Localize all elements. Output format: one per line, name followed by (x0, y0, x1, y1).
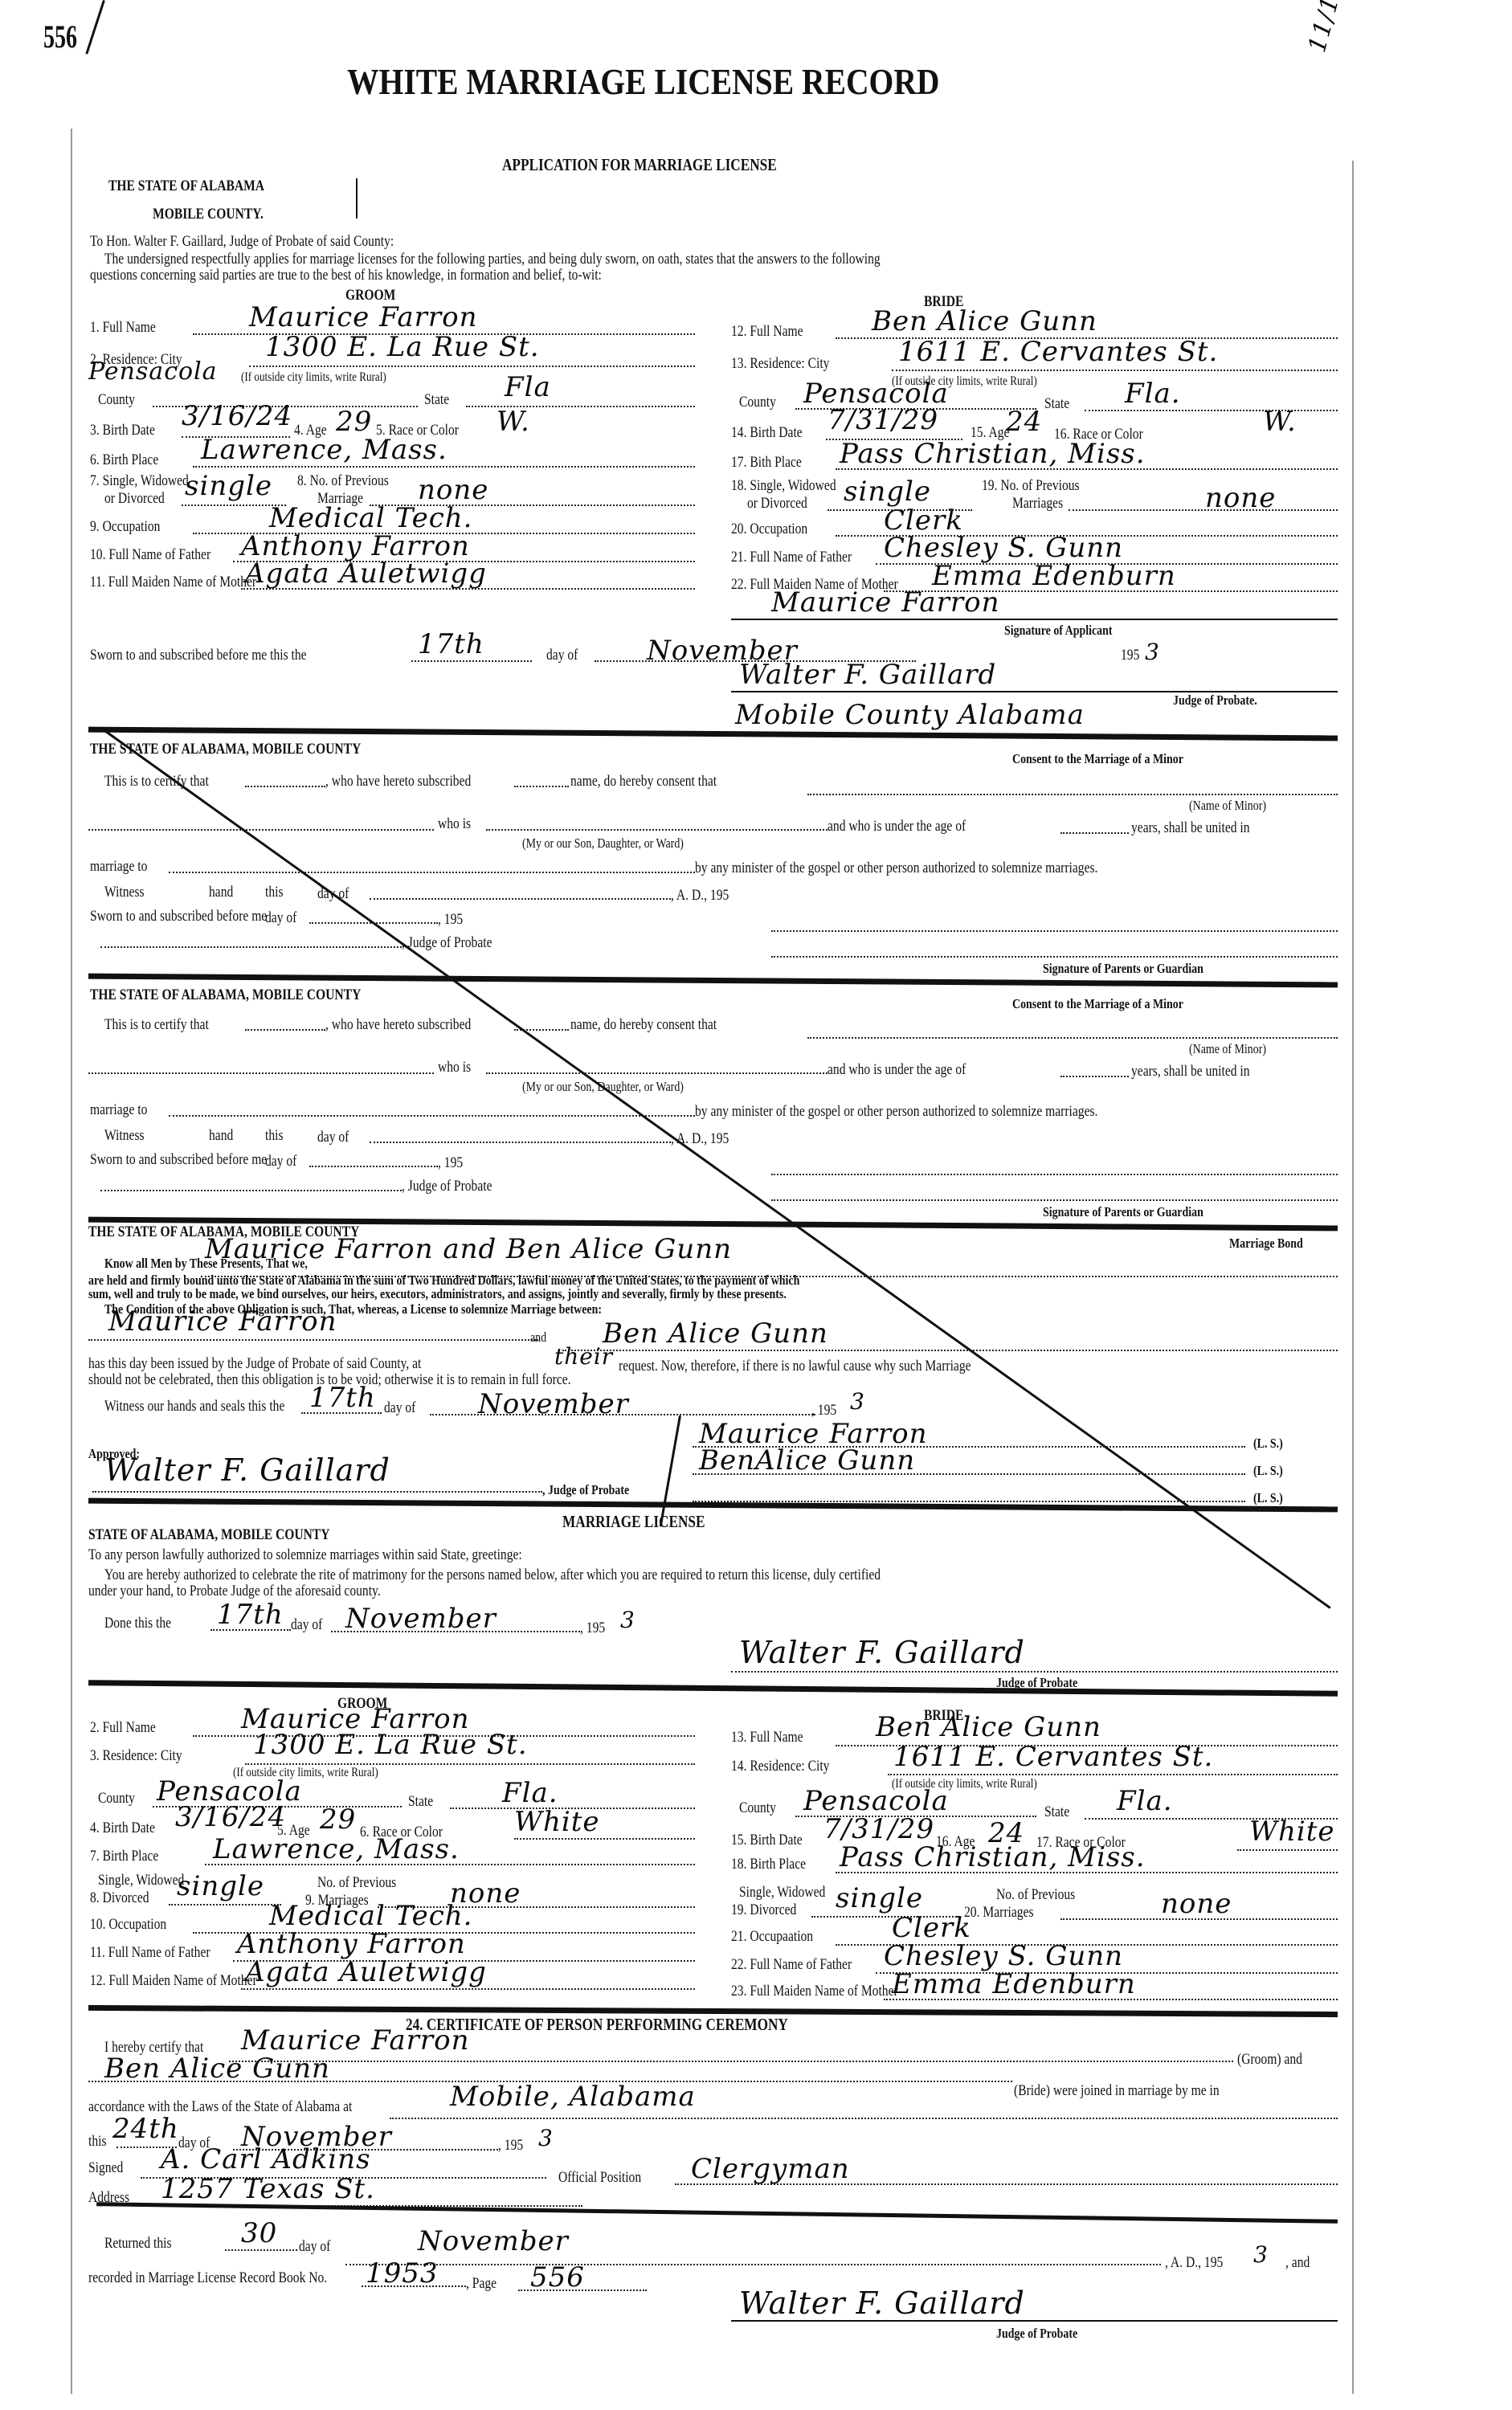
year-prefix: , 195 (811, 1402, 836, 1419)
blank-line[interactable] (88, 1072, 434, 1074)
field-label: 4. Birth Date (90, 1820, 155, 1837)
returned-label: Returned this (104, 2235, 172, 2253)
bride-marital-status[interactable]: single (844, 476, 931, 508)
marriage-to-line[interactable] (169, 872, 695, 873)
field-label: 3. Residence: City (90, 1747, 182, 1765)
field-label: No. of Previous (317, 1874, 396, 1892)
judge-line (731, 1671, 1338, 1673)
consent-text: This is to certify that (104, 1016, 209, 1034)
seal-label: (L. S.) (1253, 1490, 1283, 1506)
residence-line (888, 1774, 1338, 1775)
returned-day-line (225, 2249, 297, 2251)
this-label: this (88, 2133, 107, 2151)
page-number-stamp: 556 (43, 18, 77, 55)
minor-name-line[interactable] (807, 1037, 1338, 1039)
page-left-border (71, 129, 72, 2394)
groom-line (229, 2061, 1233, 2062)
groom-residence[interactable]: 1300 E. La Rue St. (253, 1729, 528, 1761)
bride-full-name[interactable]: Ben Alice Gunn (876, 1711, 1101, 1743)
consent-text: Sworn to and subscribed before me (90, 908, 267, 925)
consent-text: hand (209, 884, 233, 901)
bride-race[interactable]: White (1249, 1816, 1335, 1848)
day-of-label: day of (384, 1399, 415, 1417)
consent-text: who is (438, 1059, 471, 1076)
license-title: MARRIAGE LICENSE (562, 1512, 705, 1532)
consent-text: and who is under the age of (828, 818, 966, 835)
field-label: State (408, 1793, 433, 1811)
bride-birth-date[interactable]: 7/31/29 (828, 404, 938, 436)
judge-signature[interactable]: Walter F. Gaillard (739, 659, 996, 691)
returned-year[interactable]: 3 (1253, 2241, 1269, 2268)
minor-name-line[interactable] (807, 794, 1338, 795)
parent-signature-line[interactable] (771, 1199, 1338, 1201)
judge-line (92, 1491, 542, 1493)
field-label: 8. Divorced (90, 1889, 149, 1907)
license-text: You are hereby authorized to celebrate t… (104, 1566, 881, 1584)
consent-text: who is (438, 815, 471, 833)
bond-month[interactable]: November (478, 1388, 629, 1420)
section-divider (88, 1680, 1338, 1697)
field-label: Marriages (1012, 495, 1063, 513)
blank-line[interactable] (514, 786, 569, 787)
consent-text: and who is under the age of (828, 1061, 966, 1079)
seal-label: (L. S.) (1253, 1463, 1283, 1479)
bride-residence[interactable]: 1611 E. Cervantes St. (893, 1741, 1213, 1773)
bride-race[interactable]: W. (1263, 406, 1297, 438)
consent-text: by any minister of the gospel or other p… (695, 860, 1097, 877)
field-label: 15. Birth Date (731, 1832, 803, 1849)
license-text: To any person lawfully authorized to sol… (88, 1546, 522, 1564)
field-label: or Divorced (747, 495, 807, 513)
consent-title: Consent to the Marriage of a Minor (1012, 751, 1183, 767)
done-label: Done this the (104, 1615, 171, 1632)
age-line[interactable] (1060, 1076, 1129, 1077)
race-line (514, 1838, 695, 1840)
groom-line (88, 1339, 538, 1341)
field-label: 7. Single, Widowed (90, 472, 189, 490)
ad-label: , A. D., 195 (1165, 2254, 1223, 2272)
groom-marital-status[interactable]: single (177, 1870, 264, 1902)
consent-text: years, shall be united in (1131, 1063, 1250, 1080)
field-label: 17. Bith Place (731, 454, 802, 472)
relation-label: (My or our Son, Daughter, or Ward) (522, 835, 684, 852)
ceremony-day[interactable]: 24th (112, 2113, 179, 2145)
page-title: WHITE MARRIAGE LICENSE RECORD (347, 60, 939, 103)
bride-prev-marriages[interactable]: none (1161, 1888, 1232, 1920)
groom-label: (Groom) and (1237, 2051, 1302, 2069)
field-label: 7. Birth Place (90, 1848, 158, 1865)
sworn-year[interactable]: 3 (1145, 639, 1160, 665)
race-line (1237, 1849, 1338, 1851)
residence-line (245, 1763, 695, 1765)
consent-text: Witness (104, 884, 145, 901)
and-label: and (530, 1330, 546, 1346)
blank-line[interactable] (245, 1029, 325, 1031)
blank-line[interactable] (370, 898, 671, 900)
judge-label: , Judge of Probate (542, 1482, 629, 1498)
consent-text: by any minister of the gospel or other p… (695, 1103, 1097, 1121)
year-prefix: , 195 (498, 2137, 523, 2155)
blank-line[interactable] (88, 829, 434, 831)
groom-residence[interactable]: 1300 E. La Rue St. (265, 331, 540, 363)
field-label: 22. Full Name of Father (731, 1956, 852, 1974)
record-book-number[interactable]: 1953 (366, 2257, 439, 2289)
bride-line (562, 1350, 1338, 1351)
consent-text: marriage to (90, 1101, 147, 1119)
certificate-bride[interactable]: Ben Alice Gunn (104, 2053, 330, 2085)
sworn-label: Sworn to and subscribed before me this t… (90, 647, 307, 664)
request-party[interactable]: their (554, 1343, 613, 1370)
sworn-day-line (411, 660, 532, 662)
blank-line[interactable] (370, 1142, 671, 1143)
bond-groom[interactable]: Maurice Farron (108, 1305, 337, 1338)
license-day[interactable]: 17th (217, 1599, 284, 1631)
consent-text: , who have hereto subscribed (325, 773, 471, 790)
returned-day[interactable]: 30 (241, 2217, 277, 2249)
mother-line (241, 1988, 695, 1990)
signed-label: Signed (88, 2159, 123, 2177)
groom-race[interactable]: White (514, 1806, 600, 1838)
judge-label: , Judge of Probate (402, 934, 492, 952)
ceremony-place[interactable]: Mobile, Alabama (450, 2081, 696, 2113)
groom-birth-place[interactable]: Lawrence, Mass. (201, 434, 447, 466)
sworn-day[interactable]: 17th (418, 628, 484, 660)
license-year[interactable]: 3 (620, 1607, 635, 1633)
consent-text: , A. D., 195 (671, 887, 729, 905)
field-label: 13. Residence: City (731, 355, 829, 373)
state-heading: STATE OF ALABAMA, MOBILE COUNTY (88, 1526, 330, 1544)
field-label: State (1044, 395, 1069, 413)
section-divider (88, 727, 1338, 741)
state-line (1085, 410, 1338, 411)
bride-prev-marriages[interactable]: none (1205, 482, 1276, 514)
state-heading: THE STATE OF ALABAMA, MOBILE COUNTY (90, 986, 361, 1004)
day-of-label: day of (546, 647, 578, 664)
returned-month[interactable]: November (418, 2225, 569, 2257)
field-label: 2. Full Name (90, 1719, 156, 1737)
field-label: 13. Full Name (731, 1729, 803, 1746)
consent-title: Consent to the Marriage of a Minor (1012, 996, 1183, 1012)
groom-age[interactable]: 29 (320, 1803, 356, 1836)
groom-birth-date[interactable]: 3/16/24 (175, 1801, 286, 1833)
place-line (390, 2118, 1338, 2119)
bond-bride[interactable]: Ben Alice Gunn (603, 1317, 828, 1350)
consent-text: Sworn to and subscribed before me (90, 1151, 267, 1169)
groom-mother[interactable]: Agata Auletwigg (245, 1956, 487, 1988)
consent-text: , who have hereto subscribed (325, 1016, 471, 1034)
prev-marriages-line (1069, 509, 1338, 511)
consent-text: day of (317, 1129, 349, 1146)
consent-text: name, do hereby consent that (570, 1016, 717, 1034)
day-of-label: day of (299, 2238, 330, 2256)
ceremony-year[interactable]: 3 (538, 2125, 554, 2151)
officiant-signature[interactable]: A. Carl Adkins (161, 2143, 371, 2175)
bride-birth-place[interactable]: Pass Christian, Miss. (840, 438, 1146, 470)
field-label: 6. Birth Place (90, 451, 158, 469)
rural-note: (If outside city limits, write Rural) (241, 370, 386, 385)
bond-day[interactable]: 17th (309, 1382, 376, 1414)
check-mark-icon (85, 0, 104, 55)
certificate-groom[interactable]: Maurice Farron (241, 2024, 470, 2057)
field-label: 12. Full Name (731, 323, 803, 341)
field-label: County (739, 1799, 776, 1817)
bride-father[interactable]: Chesley S. Gunn (884, 1940, 1123, 1972)
consent-text: day of (265, 909, 296, 927)
judge-line[interactable] (100, 946, 402, 948)
field-label: County (98, 1790, 135, 1807)
consent-text: , 195 (438, 1154, 463, 1172)
bride-marital-status[interactable]: single (836, 1882, 923, 1914)
returned-judge-signature[interactable]: Walter F. Gaillard (739, 2285, 1025, 2321)
groom-state[interactable]: Fla. (502, 1777, 558, 1809)
groom-age[interactable]: 29 (336, 406, 372, 438)
bond-parties[interactable]: Maurice Farron and Ben Alice Gunn (205, 1233, 732, 1265)
field-label: 9. Occupation (90, 518, 160, 536)
consent-text: This is to certify that (104, 773, 209, 790)
residence-line (249, 366, 695, 367)
field-label: No. of Previous (996, 1886, 1075, 1904)
page-label: , Page (466, 2275, 497, 2293)
consent-text: day of (265, 1153, 296, 1170)
field-label: or Divorced (104, 490, 165, 508)
relation-line[interactable] (486, 1072, 828, 1074)
field-label: County (98, 391, 135, 409)
consent-text: this (265, 884, 284, 901)
bride-age[interactable]: 24 (1006, 406, 1042, 438)
groom-father[interactable]: Anthony Farron (237, 1928, 466, 1960)
judge-label: , Judge of Probate (402, 1178, 492, 1195)
consent-text: this (265, 1127, 284, 1145)
consent-text: Witness (104, 1127, 145, 1145)
groom-marital-status[interactable]: single (185, 470, 272, 502)
date-note: 11/17/53 (1303, 0, 1360, 55)
field-label: 14. Residence: City (731, 1758, 829, 1775)
bride-occupation[interactable]: Clerk (892, 1912, 971, 1944)
groom-race[interactable]: W. (497, 406, 530, 438)
field-label: State (424, 391, 449, 409)
applicant-signature[interactable]: Maurice Farron (771, 586, 1000, 619)
consent-text: hand (209, 1127, 233, 1145)
groom-full-name[interactable]: Maurice Farron (249, 301, 478, 333)
page-right-border (1352, 161, 1354, 2394)
bond-year[interactable]: 3 (850, 1388, 865, 1415)
blank-line[interactable] (245, 786, 325, 787)
position-label: Official Position (558, 2169, 641, 2187)
parent-signature-line[interactable] (771, 930, 1338, 932)
minor-label: (Name of Minor) (1189, 1041, 1266, 1057)
groom-mother[interactable]: Agata Auletwigg (245, 558, 487, 590)
marriage-to-line[interactable] (169, 1115, 695, 1117)
groom-city[interactable]: Pensacola (88, 357, 218, 386)
returned-month-line (345, 2264, 1161, 2265)
record-page-number[interactable]: 556 (530, 2261, 585, 2294)
field-label: 20. Marriages (964, 1904, 1034, 1922)
year-prefix: 195 (1121, 647, 1139, 664)
relation-line[interactable] (486, 829, 828, 831)
consent-text: years, shall be united in (1131, 819, 1250, 837)
bride-father[interactable]: Chesley S. Gunn (884, 532, 1123, 564)
birth-place-line (193, 466, 695, 468)
addressee-text: To Hon. Walter F. Gaillard, Judge of Pro… (90, 233, 394, 251)
bride-full-name[interactable]: Ben Alice Gunn (872, 305, 1097, 337)
field-label: 3. Birth Date (90, 422, 155, 439)
state-heading: THE STATE OF ALABAMA (108, 178, 264, 195)
bride-label: (Bride) were joined in marriage by me in (1014, 2082, 1220, 2100)
approving-judge-signature[interactable]: Walter F. Gaillard (104, 1452, 390, 1488)
section-divider (96, 2202, 1338, 2224)
judge-label: Judge of Probate. (1173, 692, 1257, 709)
field-label: 23. Full Maiden Name of Mother (731, 1983, 898, 2000)
field-label: 18. Single, Widowed (731, 477, 836, 495)
bride-birth-date[interactable]: 7/31/29 (823, 1813, 934, 1845)
license-month[interactable]: November (345, 1603, 497, 1635)
license-text: under your hand, to Probate Judge of the… (88, 1583, 381, 1600)
county-heading: MOBILE COUNTY. (153, 206, 264, 223)
field-label: 10. Full Name of Father (90, 546, 210, 564)
seal-label: (L. S.) (1253, 1436, 1283, 1452)
field-label: 10. Occupation (90, 1916, 166, 1934)
field-label: 19. Divorced (731, 1901, 796, 1919)
signature-label: Signature of Parents or Guardian (1043, 961, 1203, 977)
day-of-label: day of (291, 1616, 322, 1634)
marital-line (169, 1904, 281, 1906)
judge-label: Judge of Probate (996, 2326, 1077, 2342)
field-label: 11. Full Maiden Name of Mother (90, 574, 256, 591)
county-note[interactable]: Mobile County Alabama (735, 699, 1085, 731)
bride-state[interactable]: Fla. (1117, 1785, 1173, 1817)
field-label: State (1044, 1803, 1069, 1821)
field-label: 11. Full Name of Father (90, 1944, 210, 1962)
field-label: 8. No. of Previous (297, 472, 389, 490)
bride-county[interactable]: Pensacola (803, 1785, 949, 1817)
field-label: 20. Occupation (731, 521, 807, 538)
groom-birth-date[interactable]: 3/16/24 (182, 400, 292, 432)
officiant-position[interactable]: Clergyman (691, 2153, 850, 2185)
bond-title: Marriage Bond (1229, 1236, 1303, 1252)
intro-text-1: The undersigned respectfully applies for… (104, 251, 881, 268)
bond-text: sum, well and truly to be made, we bind … (88, 1286, 787, 1302)
bride-birth-place[interactable]: Pass Christian, Miss. (840, 1841, 1146, 1873)
blank-line[interactable] (309, 1166, 438, 1167)
signature-label: Signature of Parents or Guardian (1043, 1204, 1203, 1220)
judge-line (731, 2320, 1338, 2322)
field-label: 19. No. of Previous (982, 477, 1080, 495)
consent-text: , A. D., 195 (671, 1130, 729, 1148)
field-label: 12. Full Maiden Name of Mother (90, 1972, 257, 1990)
recorded-label: recorded in Marriage License Record Book… (88, 2269, 327, 2287)
application-title: APPLICATION FOR MARRIAGE LICENSE (502, 155, 777, 175)
bride-bond-signature[interactable]: BenAlice Gunn (699, 1444, 915, 1477)
parent-signature-line[interactable] (771, 956, 1338, 958)
residence-line (892, 370, 1338, 371)
intro-text-2: questions concerning said parties are tr… (90, 267, 602, 284)
bracket (356, 178, 358, 219)
consent-text: , 195 (438, 911, 463, 929)
signature-label: Signature of Applicant (1004, 623, 1113, 639)
field-label: Single, Widowed (98, 1872, 184, 1889)
signature-line (731, 619, 1338, 620)
groom-occupation[interactable]: Medical Tech. (269, 502, 472, 534)
groom-state[interactable]: Fla (505, 371, 551, 403)
consent-text: marriage to (90, 858, 147, 876)
and-label: , and (1285, 2254, 1310, 2272)
parent-signature-line[interactable] (771, 1174, 1338, 1175)
bond-text: Witness our hands and seals this the (104, 1398, 284, 1415)
license-judge-signature[interactable]: Walter F. Gaillard (739, 1635, 1025, 1670)
groom-occupation[interactable]: Medical Tech. (269, 1900, 472, 1932)
groom-birth-place[interactable]: Lawrence, Mass. (213, 1833, 460, 1865)
bride-state[interactable]: Fla. (1125, 378, 1181, 410)
year-prefix: , 195 (580, 1620, 605, 1637)
minor-label: (Name of Minor) (1189, 798, 1266, 814)
field-label: County (739, 394, 776, 411)
field-label: 18. Birth Place (731, 1856, 806, 1873)
age-line[interactable] (1060, 832, 1129, 834)
field-label: 1. Full Name (90, 319, 156, 337)
consent-text: name, do hereby consent that (570, 773, 717, 790)
field-label: 14. Birth Date (731, 424, 803, 442)
judge-line[interactable] (100, 1190, 402, 1191)
field-label: Single, Widowed (739, 1884, 825, 1901)
ink-stroke (660, 1415, 681, 1526)
bond-text: request. Now, therefore, if there is no … (619, 1358, 971, 1375)
officiant-address[interactable]: 1257 Texas St. (161, 2173, 375, 2205)
bond-text: has this day been issued by the Judge of… (88, 1355, 421, 1373)
bride-mother[interactable]: Emma Edenburn (892, 1968, 1136, 2000)
field-label: 21. Occupaation (731, 1928, 813, 1946)
groom-prev-marriages[interactable]: none (418, 474, 488, 506)
field-label: 21. Full Name of Father (731, 549, 852, 566)
bride-residence[interactable]: 1611 E. Cervantes St. (898, 336, 1218, 368)
